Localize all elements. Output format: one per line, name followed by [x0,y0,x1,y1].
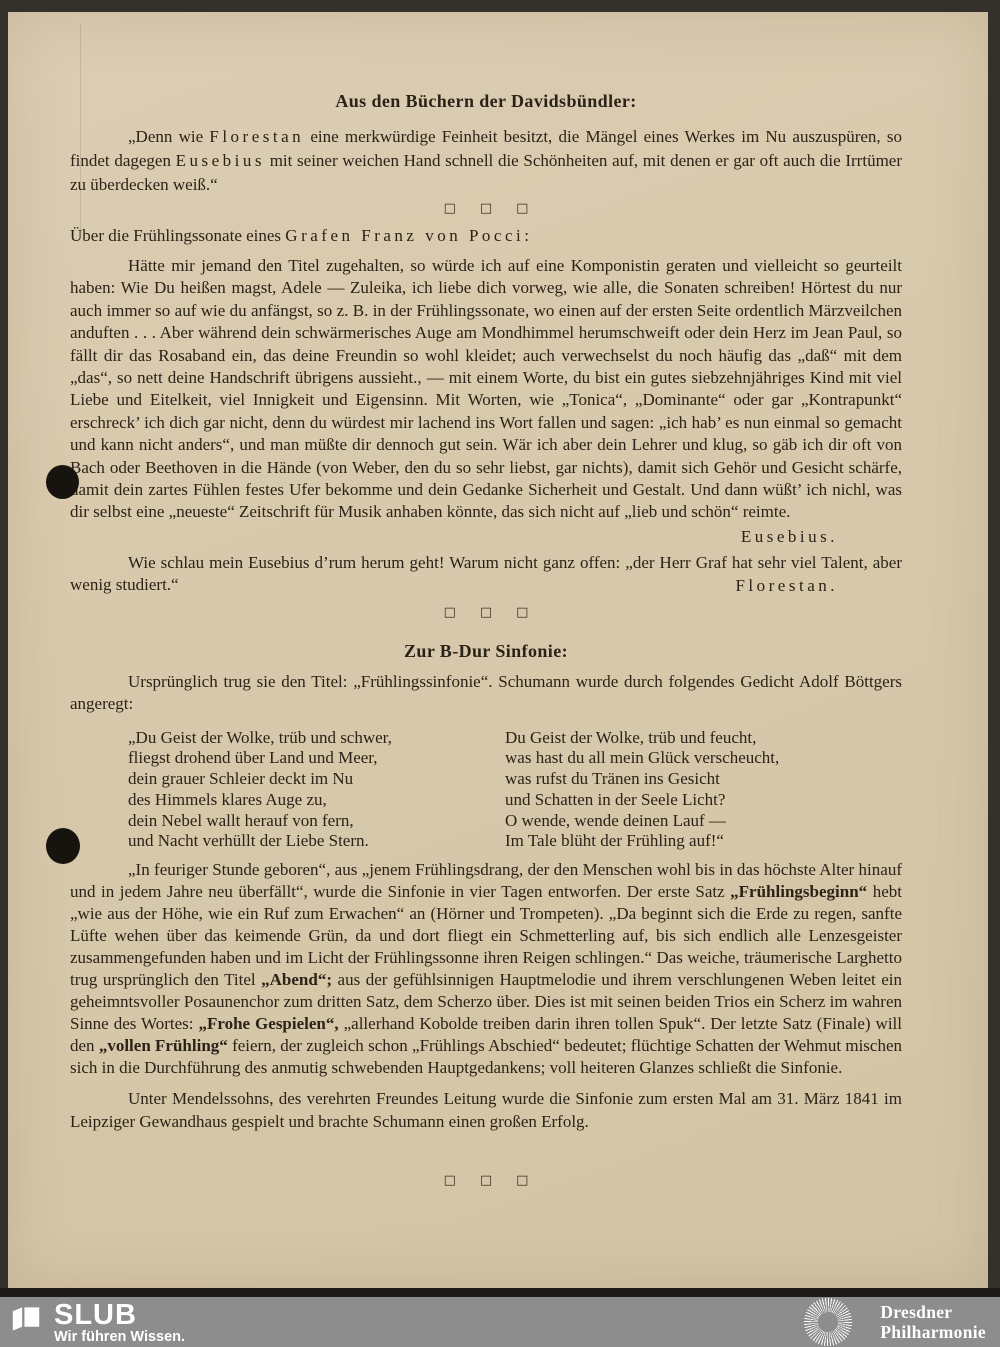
sunburst-icon [804,1298,852,1346]
paragraph-eusebius-letter: Hätte mir jemand den Titel zugehalten, s… [70,255,902,524]
philharmonie-line1: Dresdner [880,1302,986,1322]
ornament-squares: □□□ [70,1173,902,1189]
subheading-fruehlingssonate: Über die Frühlingssonate eines Grafen Fr… [70,226,902,246]
ornament-squares: □□□ [70,201,902,217]
paragraph-sinfonie-description: „In feuriger Stunde geboren“, aus „jenem… [70,859,902,1079]
poem-column-left: „Du Geist der Wolke, trüb und schwer,fli… [128,728,440,853]
paragraph-premiere: Unter Mendelssohns, des verehrten Freund… [70,1088,902,1133]
signature-eusebius: Eusebius. [70,526,902,548]
dresdner-philharmonie-logo[interactable]: Dresdner Philharmonie [804,1297,986,1347]
hole-punch-lower [46,828,80,864]
slub-tagline: Wir führen Wissen. [54,1329,185,1345]
open-book-icon [12,1304,40,1334]
paragraph-sinfonie-intro: Ursprünglich trug sie den Titel: „Frühli… [70,671,902,716]
paragraph-florestan-eusebius: „Denn wie Florestan eine merkwürdige Fei… [70,125,902,197]
poem-column-right: Du Geist der Wolke, trüb und feucht,was … [505,728,779,853]
signature-florestan: Florestan. [70,575,902,597]
slub-name: SLUB [54,1300,185,1330]
scan-bottom-edge [0,1288,1000,1297]
section-heading-b-dur-sinfonie: Zur B-Dur Sinfonie: [70,641,902,662]
boettger-poem: „Du Geist der Wolke, trüb und schwer,fli… [70,728,902,853]
branding-footer-bar: SLUB Wir führen Wissen. Dresdner Philhar… [0,1297,1000,1347]
document-text-column: Aus den Büchern der Davidsbündler: „Denn… [70,0,902,1189]
hole-punch-upper [46,465,79,499]
slub-logo[interactable]: SLUB Wir führen Wissen. [12,1300,185,1345]
section-heading-davidsbuendler: Aus den Büchern der Davidsbündler: [70,91,902,112]
philharmonie-line2: Philharmonie [880,1322,986,1342]
philharmonie-wordmark: Dresdner Philharmonie [880,1302,986,1342]
slub-wordmark: SLUB Wir führen Wissen. [54,1300,185,1345]
ornament-squares: □□□ [70,605,902,621]
